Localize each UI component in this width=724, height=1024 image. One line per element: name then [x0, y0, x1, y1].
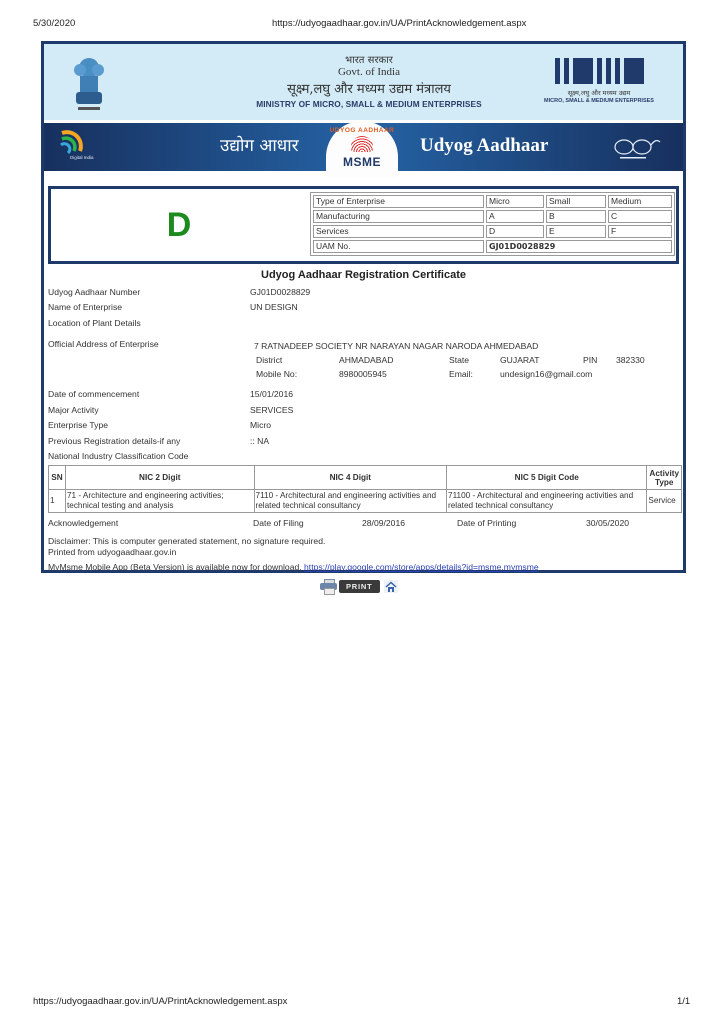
seal-arc-text: UDYOG AADHAAR — [326, 127, 398, 134]
state-emblem-icon — [68, 54, 110, 114]
table-header-cell: Medium — [608, 195, 672, 208]
printed-from: Printed from udyogaadhaar.gov.in — [48, 547, 176, 557]
table-header-cell: NIC 5 Digit Code — [447, 466, 647, 490]
nic-code-label: National Industry Classification Code — [48, 451, 188, 461]
enterprise-type-label: Enterprise Type — [48, 420, 108, 430]
table-cell: 71 - Architecture and engineering activi… — [65, 490, 254, 513]
table-cell: E — [546, 225, 606, 238]
mobile-value: 8980005945 — [339, 369, 387, 379]
table-cell: Services — [313, 225, 484, 238]
official-address-label: Official Address of Enterprise — [48, 339, 159, 349]
table-cell: Service — [647, 490, 682, 513]
swachh-bharat-glasses-icon — [610, 135, 662, 161]
table-header-cell: SN — [49, 466, 66, 490]
table-header-row: SN NIC 2 Digit NIC 4 Digit NIC 5 Digit C… — [49, 466, 682, 490]
table-row: Type of Enterprise Micro Small Medium — [313, 195, 672, 208]
filing-date-label: Date of Filing — [253, 518, 304, 528]
table-cell: 1 — [49, 490, 66, 513]
print-button[interactable]: PRINT — [320, 579, 380, 593]
enterprise-type-table: Type of Enterprise Micro Small Medium Ma… — [310, 192, 675, 256]
district-label: District — [256, 355, 282, 365]
email-label: Email: — [449, 369, 473, 379]
pin-value: 382330 — [616, 355, 645, 365]
filing-date-value: 28/09/2016 — [362, 518, 405, 528]
table-row: Services D E F — [313, 225, 672, 238]
major-activity-value: SERVICES — [250, 405, 293, 415]
table-cell: 71100 - Architectural and engineering ac… — [447, 490, 647, 513]
table-row: UAM No. GJ01D0028829 — [313, 240, 672, 253]
page-number: 1/1 — [677, 996, 690, 1007]
uan-value: GJ01D0028829 — [250, 287, 310, 297]
email-value: undesign16@gmail.com — [500, 369, 592, 379]
mobile-label: Mobile No: — [256, 369, 297, 379]
table-row: Manufacturing A B C — [313, 210, 672, 223]
print-date: 5/30/2020 — [33, 18, 75, 29]
udyog-aadhaar-banner: Digital India उद्योग आधार UDYOG AADHAAR … — [44, 123, 683, 171]
aadhaar-fingerprint-icon — [351, 136, 373, 152]
disclaimer: Disclaimer: This is computer generated s… — [48, 536, 325, 546]
udyog-english-title: Udyog Aadhaar — [420, 135, 548, 157]
enterprise-type-value: Micro — [250, 420, 271, 430]
state-label: State — [449, 355, 469, 365]
major-activity-label: Major Activity — [48, 405, 99, 415]
nic-table: SN NIC 2 Digit NIC 4 Digit NIC 5 Digit C… — [48, 465, 682, 513]
address-line: 7 RATNADEEP SOCIETY NR NARAYAN NAGAR NAR… — [254, 341, 538, 351]
uan-label: Udyog Aadhaar Number — [48, 287, 140, 297]
commencement-label: Date of commencement — [48, 389, 139, 399]
table-cell: B — [546, 210, 606, 223]
table-cell: C — [608, 210, 672, 223]
table-header-cell: NIC 2 Digit — [65, 466, 254, 490]
seal-msme-text: MSME — [326, 155, 398, 169]
state-value: GUJARAT — [500, 355, 539, 365]
msme-logo-english: MICRO, SMALL & MEDIUM ENTERPRISES — [539, 98, 659, 104]
ministry-banner: भारत सरकार Govt. of India सूक्ष्म,लघु और… — [44, 44, 683, 120]
home-icon[interactable] — [384, 580, 398, 593]
commencement-value: 15/01/2016 — [250, 389, 293, 399]
district-value: AHMADABAD — [339, 355, 393, 365]
digital-india-label: Digital India — [70, 155, 94, 160]
ministry-english: MINISTRY OF MICRO, SMALL & MEDIUM ENTERP… — [204, 99, 534, 109]
table-header-cell: Small — [546, 195, 606, 208]
enterprise-name-label: Name of Enterprise — [48, 302, 122, 312]
pin-label: PIN — [583, 355, 597, 365]
table-header-cell: NIC 4 Digit — [254, 466, 447, 490]
table-cell: 7110 - Architectural and engineering act… — [254, 490, 447, 513]
previous-registration-value: :: NA — [250, 436, 269, 446]
printing-date-label: Date of Printing — [457, 518, 516, 528]
msme-logo-hindi: सूक्ष्म,लघु और मध्यम उद्यम — [539, 88, 659, 97]
table-cell: D — [486, 225, 544, 238]
printing-date-value: 30/05/2020 — [586, 518, 629, 528]
gov-hindi: भारत सरकार — [204, 52, 534, 66]
table-header-cell: Micro — [486, 195, 544, 208]
previous-registration-label: Previous Registration details-if any — [48, 436, 180, 446]
table-header-cell: Type of Enterprise — [313, 195, 484, 208]
msme-logo: सूक्ष्म,लघु और मध्यम उद्यम MICRO, SMALL … — [539, 58, 659, 104]
table-row: 1 71 - Architecture and engineering acti… — [49, 490, 682, 513]
certificate-title: Udyog Aadhaar Registration Certificate — [44, 269, 683, 281]
udyog-hindi-title: उद्योग आधार — [220, 133, 299, 156]
udyog-aadhaar-seal: UDYOG AADHAAR MSME — [326, 121, 398, 179]
table-cell: F — [608, 225, 672, 238]
printer-icon — [320, 579, 337, 593]
enterprise-category-box: D Type of Enterprise Micro Small Medium … — [48, 186, 679, 264]
table-cell: Manufacturing — [313, 210, 484, 223]
acknowledgement-label: Acknowledgement — [48, 518, 118, 528]
print-url: https://udyogaadhaar.gov.in/UA/PrintAckn… — [272, 18, 526, 29]
category-letter: D — [51, 189, 307, 261]
msme-logo-icon — [539, 58, 659, 84]
app-notice: MyMsme Mobile App (Beta Version) is avai… — [48, 562, 539, 572]
print-button-label: PRINT — [339, 580, 380, 593]
certificate-frame: भारत सरकार Govt. of India सूक्ष्म,लघु और… — [41, 41, 686, 573]
table-header-cell: Activity Type — [647, 466, 682, 490]
ministry-hindi: सूक्ष्म,लघु और मध्यम उद्यम मंत्रालय — [204, 79, 534, 97]
footer-url: https://udyogaadhaar.gov.in/UA/PrintAckn… — [33, 996, 287, 1007]
digital-india-logo: Digital India — [56, 129, 116, 165]
uam-number: GJ01D0028829 — [486, 240, 672, 253]
plant-location-label: Location of Plant Details — [48, 318, 141, 328]
table-cell: A — [486, 210, 544, 223]
app-notice-text: MyMsme Mobile App (Beta Version) is avai… — [48, 562, 302, 572]
enterprise-name-value: UN DESIGN — [250, 302, 298, 312]
gov-english: Govt. of India — [204, 66, 534, 78]
uam-label: UAM No. — [313, 240, 484, 253]
app-download-link[interactable]: https://play.google.com/store/apps/detai… — [304, 562, 539, 572]
